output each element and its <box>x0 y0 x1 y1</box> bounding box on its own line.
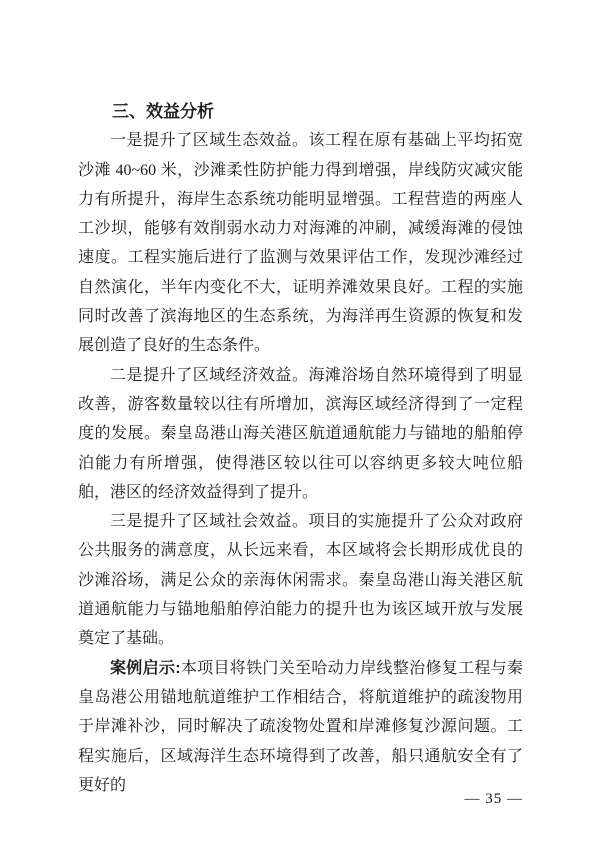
paragraph-social-benefit: 三是提升了区域社会效益。项目的实施提升了公众对政府公共服务的满意度，从长远来看，… <box>78 507 523 653</box>
paragraph-ecological-benefit: 一是提升了区域生态效益。该工程在原有基础上平均拓宽沙滩 40~60 米，沙滩柔性… <box>78 126 523 360</box>
paragraph-economic-benefit: 二是提升了区域经济效益。海滩浴场自然环境得到了明显改善，游客数量较以往有所增加，… <box>78 361 523 507</box>
case-insight-label: 案例启示: <box>110 660 181 677</box>
document-page: 三、效益分析 一是提升了区域生态效益。该工程在原有基础上平均拓宽沙滩 40~60… <box>0 0 600 848</box>
section-heading: 三、效益分析 <box>78 97 523 126</box>
text-block: 三、效益分析 一是提升了区域生态效益。该工程在原有基础上平均拓宽沙滩 40~60… <box>78 97 523 800</box>
case-insight-text: 本项目将铁门关至哈动力岸线整治修复工程与秦皇岛港公用锚地航道维护工作相结合，将航… <box>78 660 523 794</box>
page-number: — 35 — <box>465 789 524 809</box>
paragraph-case-insight: 案例启示:本项目将铁门关至哈动力岸线整治修复工程与秦皇岛港公用锚地航道维护工作相… <box>78 654 523 800</box>
